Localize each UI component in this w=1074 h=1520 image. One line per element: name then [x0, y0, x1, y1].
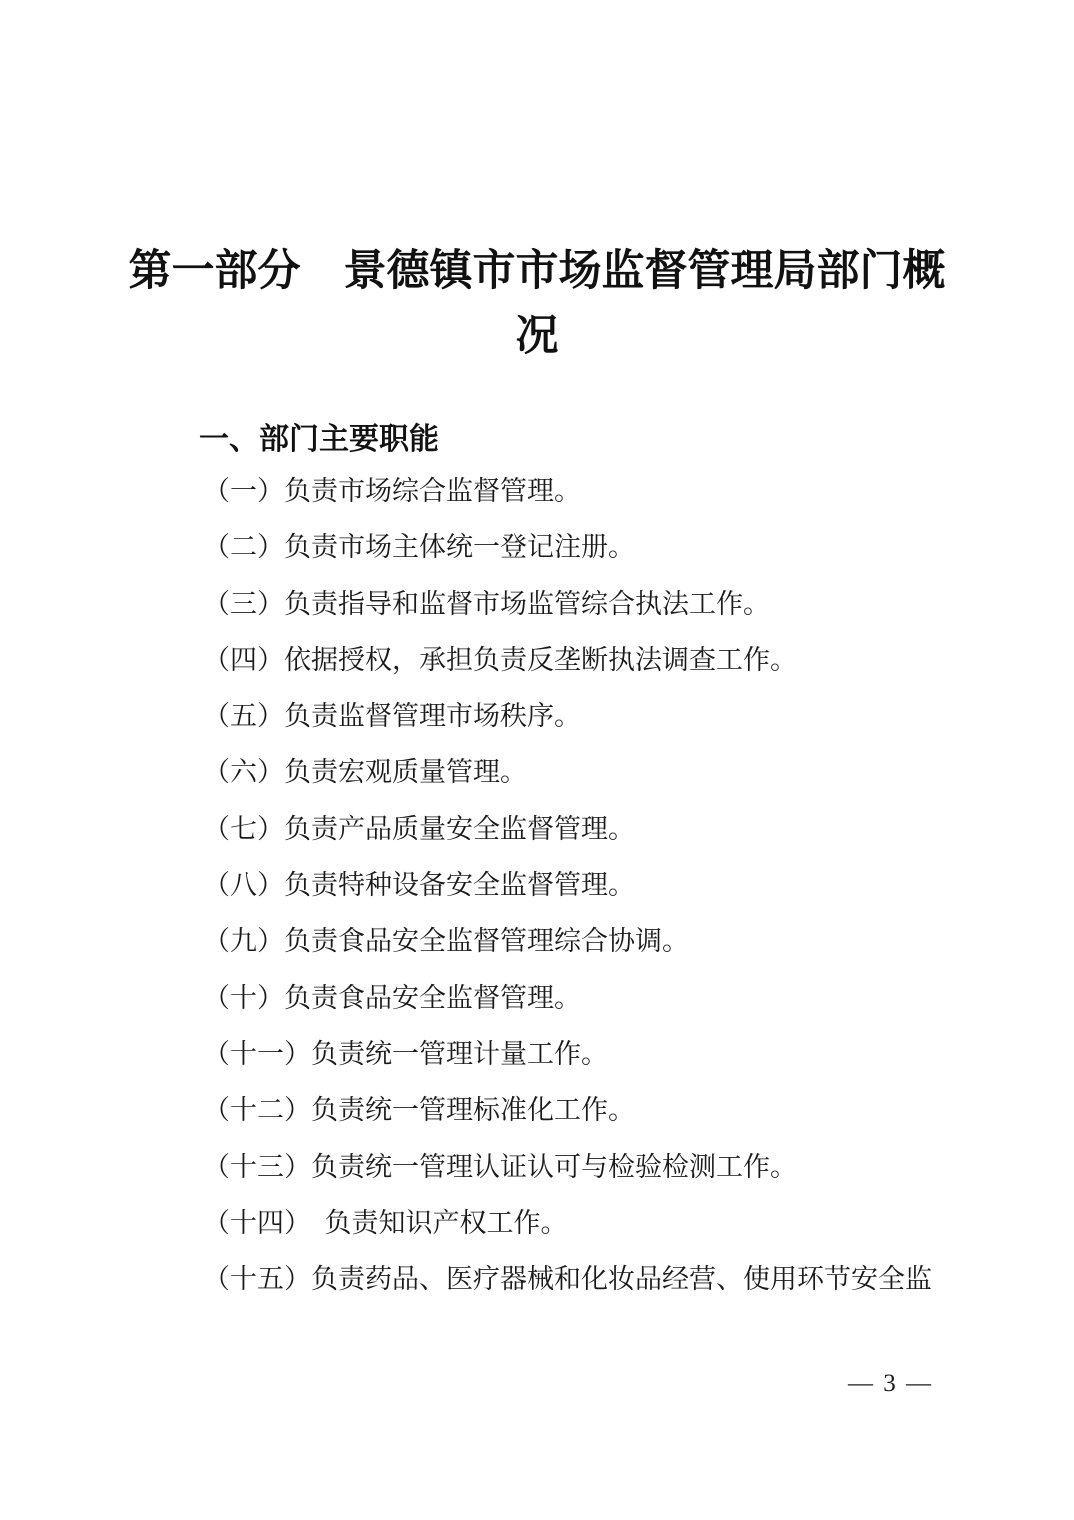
list-item: （九）负责食品安全监督管理综合协调。	[203, 913, 1074, 969]
list-item: （六）负责宏观质量管理。	[203, 744, 1074, 800]
document-title-line-2: 况	[0, 304, 1074, 369]
list-item: （十二）负责统一管理标准化工作。	[203, 1082, 1074, 1138]
function-list: （一）负责市场综合监督管理。 （二）负责市场主体统一登记注册。 （三）负责指导和…	[203, 463, 1074, 1307]
list-item: （十一）负责统一管理计量工作。	[203, 1026, 1074, 1082]
page-number: — 3 —	[848, 1369, 933, 1399]
document-page: 第一部分 景德镇市市场监督管理局部门概 况 一、部门主要职能 （一）负责市场综合…	[0, 0, 1074, 1520]
section-heading: 一、部门主要职能	[199, 421, 1074, 459]
list-item: （八）负责特种设备安全监督管理。	[203, 857, 1074, 913]
list-item: （十）负责食品安全监督管理。	[203, 970, 1074, 1026]
list-item: （十四） 负责知识产权工作。	[203, 1195, 1074, 1251]
list-item: （一）负责市场综合监督管理。	[203, 463, 1074, 519]
list-item: （五）负责监督管理市场秩序。	[203, 688, 1074, 744]
document-title-line-1: 第一部分 景德镇市市场监督管理局部门概	[0, 239, 1074, 304]
list-item: （七）负责产品质量安全监督管理。	[203, 801, 1074, 857]
list-item: （三）负责指导和监督市场监管综合执法工作。	[203, 576, 1074, 632]
document-title: 第一部分 景德镇市市场监督管理局部门概 况	[0, 0, 1074, 369]
list-item: （十五）负责药品、医疗器械和化妆品经营、使用环节安全监	[203, 1251, 1074, 1307]
list-item: （十三）负责统一管理认证认可与检验检测工作。	[203, 1139, 1074, 1195]
list-item: （二）负责市场主体统一登记注册。	[203, 519, 1074, 575]
list-item: （四）依据授权，承担负责反垄断执法调查工作。	[203, 632, 1074, 688]
